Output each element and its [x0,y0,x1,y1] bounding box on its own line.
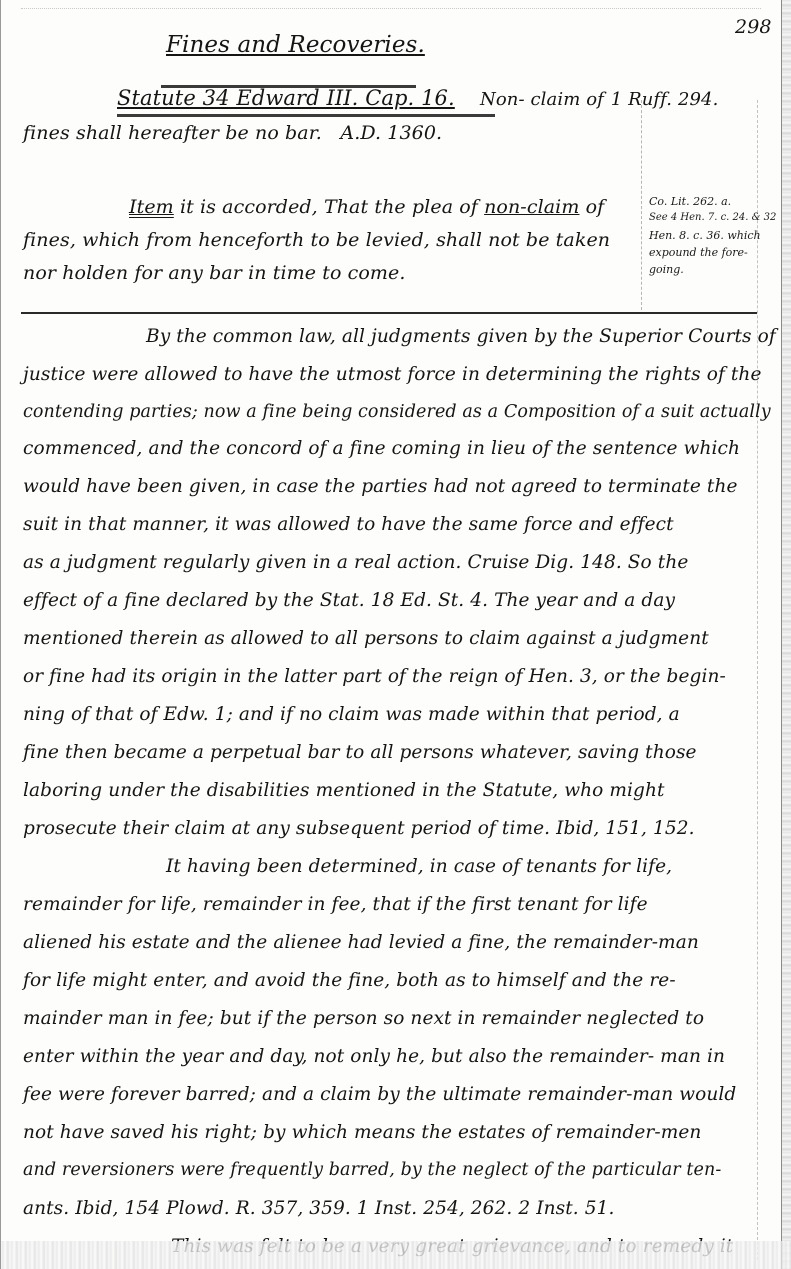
commentary-line: effect of a fine declared by the Stat. 1… [23,590,675,611]
commentary-line: not have saved his right; by which means… [23,1122,701,1143]
statute-reference: 1 Ruff. 294. [611,89,719,110]
commentary-line: and reversioners were frequently barred,… [23,1160,721,1180]
section-divider [21,312,757,314]
page-edge [781,0,791,1269]
page-number: 298 [735,16,772,38]
commentary-line: commenced, and the concord of a fine com… [23,438,740,459]
commentary-line: contending parties; now a fine being con… [23,402,771,422]
margin-note-line: going. [649,263,684,276]
scan-noise [1,1241,791,1269]
statute-subject: Non- claim of [480,89,604,110]
margin-note-line: Hen. 8. c. 36. which [649,229,761,242]
commentary-line: prosecute their claim at any subsequent … [23,818,695,839]
item-word: Item [129,196,174,218]
commentary-line: would have been given, in case the parti… [23,476,738,497]
commentary-line: It having been determined, in case of te… [166,856,672,877]
right-margin-rule [757,100,758,1260]
commentary-line: ants. Ibid, 154 Plowd. R. 357, 359. 1 In… [23,1198,614,1219]
commentary-line: or fine had its origin in the latter par… [23,666,726,687]
commentary-line: fee were forever barred; and a claim by … [23,1084,736,1105]
statute-subject-line: fines shall hereafter be no bar. A.D. 13… [23,122,442,144]
commentary-line: mainder man in fee; but if the person so… [23,1008,704,1029]
statute-citation: Statute 34 Edward III. Cap. 16. [117,86,455,110]
commentary-line: as a judgment regularly given in a real … [23,552,688,573]
manuscript-page: 298 Fines and Recoveries. Statute 34 Edw… [0,0,791,1269]
margin-note-line: expound the fore- [649,246,748,259]
commentary-line: enter within the year and day, not only … [23,1046,725,1067]
commentary-line: fine then became a perpetual bar to all … [23,742,697,763]
commentary-line: justice were allowed to have the utmost … [23,364,762,385]
statute-heading: Statute 34 Edward III. Cap. 16. Non- cla… [117,86,718,110]
statute-text-line-2: fines, which from henceforth to be levie… [23,229,610,251]
statute-text-line-1: Item it is accorded, That the plea of no… [129,196,604,218]
margin-note-line: Co. Lit. 262. a. [649,195,731,208]
commentary-line: laboring under the disabilities mentione… [23,780,665,801]
margin-note-line: See 4 Hen. 7. c. 24. & 32 [649,212,776,223]
statute-date: A.D. 1360. [340,122,442,144]
margin-rule [641,100,642,310]
top-ruled-line [21,8,761,9]
statute-text-line-3: nor holden for any bar in time to come. [23,262,406,284]
commentary-line: By the common law, all judgments given b… [146,326,776,347]
statute-underline [117,114,495,117]
commentary-line: ning of that of Edw. 1; and if no claim … [23,704,680,725]
non-claim-term: non-claim [484,196,579,218]
statute-subject-end: fines shall hereafter be no bar. [23,122,322,144]
page-title: Fines and Recoveries. [166,32,425,58]
commentary-line: for life might enter, and avoid the fine… [23,970,676,991]
commentary-line: remainder for life, remainder in fee, th… [23,894,648,915]
commentary-line: aliened his estate and the alienee had l… [23,932,699,953]
commentary-line: mentioned therein as allowed to all pers… [23,628,709,649]
commentary-line: suit in that manner, it was allowed to h… [23,514,674,535]
